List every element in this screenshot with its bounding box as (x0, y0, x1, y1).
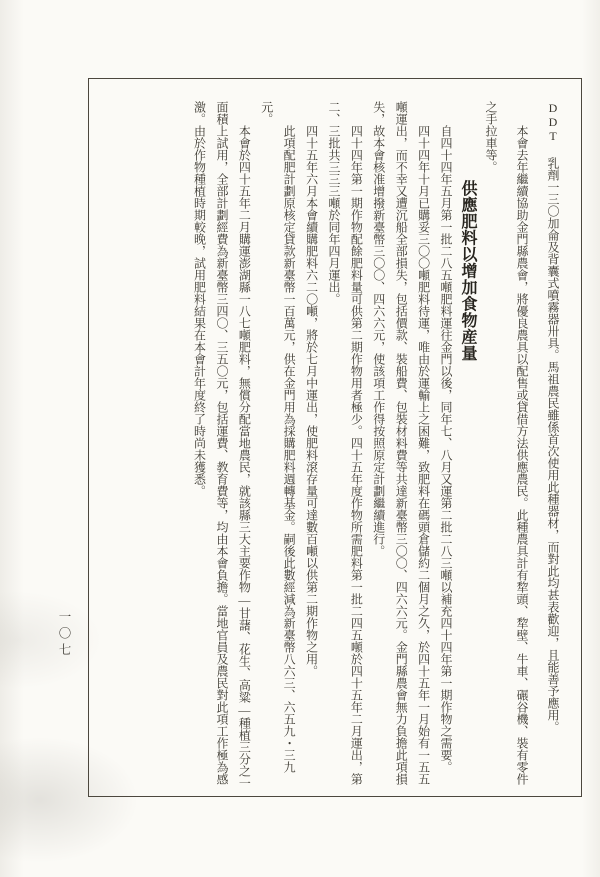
text-column: 之手拉車等。 (475, 101, 506, 793)
text-column: 四十五年六月本會續購肥料六二〇噸，將於七月中運出，使肥料滾存量可達數百噸以供第二… (300, 101, 322, 793)
continued-paragraphs-section: DDT 乳劑一三〇加侖及背囊式噴霧器卅具。馬祖農民雖係首次使用此種器材，而對此均… (474, 101, 568, 793)
page-border-frame: DDT 乳劑一三〇加侖及背囊式噴霧器卅具。馬祖農民雖係首次使用此種器材，而對此均… (88, 78, 582, 797)
text-column: DDT 乳劑一三〇加侖及背囊式噴霧器卅具。馬祖農民雖係首次使用此種器材，而對此均… (537, 101, 568, 793)
section-heading: 供應肥料以增加食物産量 (457, 180, 478, 740)
text-column: 此項配肥計劃原核定貸款新臺幣一百萬元，供在金門用為採購肥料週轉基金。嗣後此數經減… (255, 101, 300, 793)
text-column: 二、三批共三三三噸於同年四月運出。 (323, 101, 345, 793)
page-number: 一〇七 (55, 610, 73, 690)
text-column: 自四十四年五月第一批二八五噸肥料運往金門以後，同年七、八月又運第二批二八三噸以補… (435, 101, 457, 793)
fertilizer-section-body: 自四十四年五月第一批二八五噸肥料運往金門以後，同年七、八月又運第二批二八三噸以補… (207, 101, 457, 793)
text-column: 四十四年十月已購妥三〇〇噸肥料待運，唯由於運輸上之困難，致肥料在碼頭倉儲約二個月… (412, 101, 434, 793)
text-column: 本會去年繼續協助金門縣農會，將優良農具以配售或貸借方法供應農民。此種農具計有犂頭… (506, 101, 537, 793)
text-column: 失，故本會核准增撥新臺幣三〇〇、四六六元，使該項工作得按照原定計劃繼續進行。 (367, 101, 389, 793)
text-column: 面積上試用，全部計劃經費為新臺幣三四〇、三五〇元，包括運費、教育費等，均由本會負… (211, 101, 233, 793)
text-column: 噸運出，而不幸又遭沉船全部損失，包括價款、裝船費、包裝材料費等共達新臺幣三〇〇、… (390, 101, 412, 793)
text-column: 激。由於作物種植時期較晚，試用肥料結果在本會計年度終了時尚未獲悉。 (188, 101, 210, 793)
text-column: 本會於四十五年二月購運澎湖縣一八七噸肥料，無償分配當地農民，就該縣三大主要作物—… (233, 101, 255, 793)
text-column: 四十四年第一期作物配餘肥料量可供第二期作物用者極少。四十五年度作物所需肥料第一批… (345, 101, 367, 793)
